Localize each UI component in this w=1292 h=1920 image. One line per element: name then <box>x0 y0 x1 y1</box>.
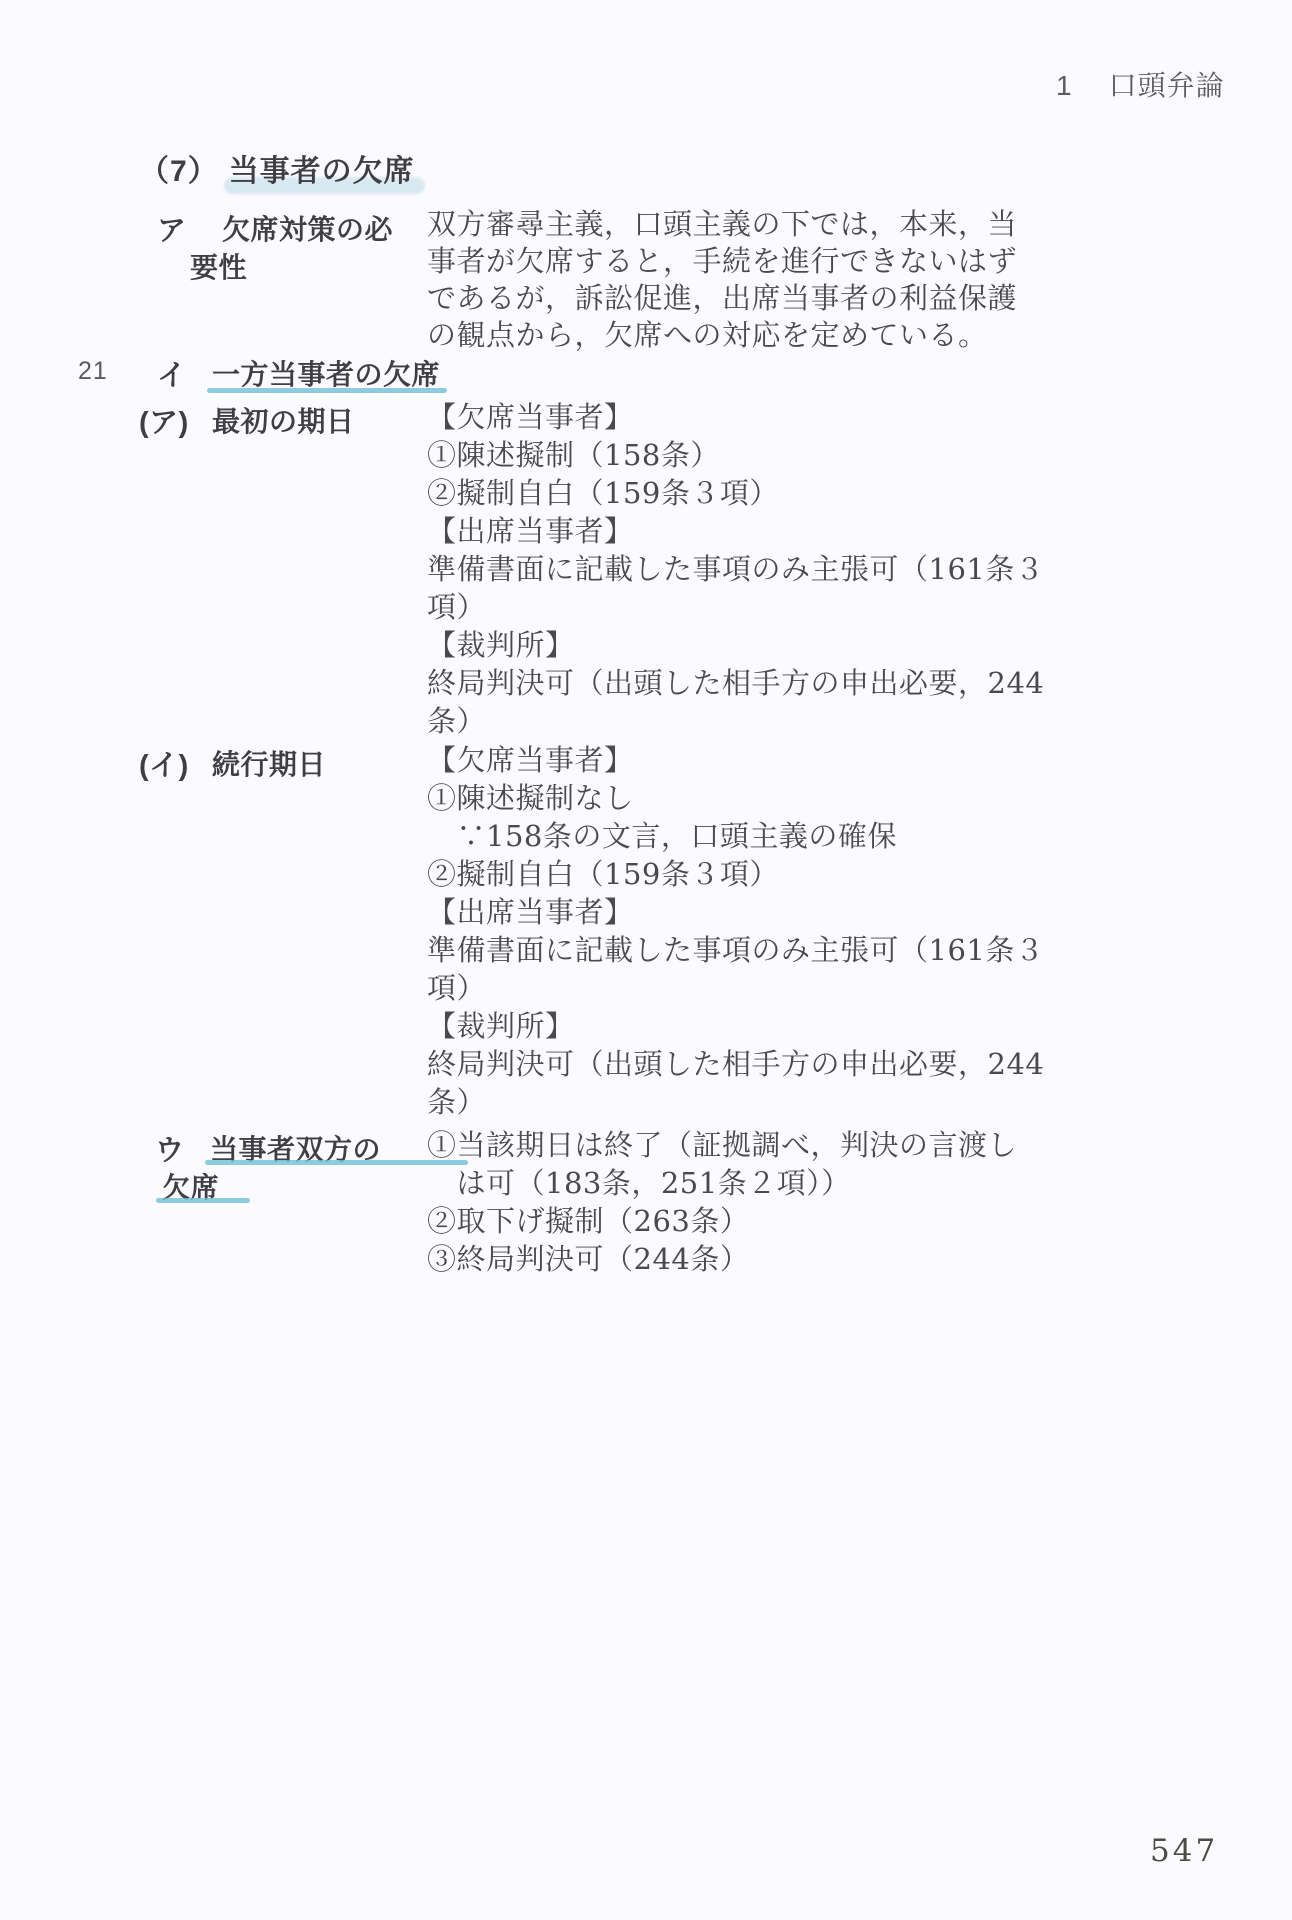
subsubitem-a-marker: (ア) <box>139 400 189 441</box>
body-line: 【出席当事者】 <box>427 893 1044 931</box>
body-line: ②擬制自白（159条３項） <box>427 855 1044 893</box>
section-7-number: （7） <box>139 146 219 190</box>
body-line: ①陳述擬制（158条） <box>427 436 1044 474</box>
chapter-number: 1 <box>1056 70 1073 102</box>
section-7-heading: （7） 当事者の欠席 <box>139 146 415 190</box>
body-line: 【欠席当事者】 <box>427 398 1044 436</box>
subsubitem-i-body: 【欠席当事者】①陳述擬制なし ∵158条の文言，口頭主義の確保②擬制自白（159… <box>427 741 1044 1121</box>
subitem-a-body: 双方審尋主義，口頭主義の下では，本来，当事者が欠席すると，手続を進行できないはず… <box>427 206 1017 354</box>
body-line: 項） <box>427 588 1044 626</box>
subitem-u-marker: ウ <box>155 1128 185 1169</box>
running-header: 1 口頭弁論 <box>1056 64 1225 104</box>
subitem-a-label-line1: 欠席対策の必 <box>222 208 393 248</box>
body-line: 準備書面に記載した事項のみ主張可（161条３ <box>427 931 1044 969</box>
body-line: 条） <box>427 1083 1044 1121</box>
body-line: 【裁判所】 <box>427 1007 1044 1045</box>
body-line: ②取下げ擬制（263条） <box>427 1202 1017 1240</box>
margin-paragraph-number: 21 <box>78 357 108 386</box>
chapter-title: 口頭弁論 <box>1109 64 1225 104</box>
subsubitem-a-label: 最初の期日 <box>212 400 355 440</box>
subitem-u-body: ①当該期日は終了（証拠調べ，判決の言渡し は可（183条，251条２項））②取下… <box>427 1126 1017 1278</box>
page-number: 547 <box>1150 1833 1218 1869</box>
body-line: 【欠席当事者】 <box>427 741 1044 779</box>
body-line: 終局判決可（出頭した相手方の申出必要，244 <box>427 664 1044 702</box>
subitem-i-label: 一方当事者の欠席 <box>212 353 440 393</box>
body-line: 【出席当事者】 <box>427 512 1044 550</box>
body-line: ②擬制自白（159条３項） <box>427 474 1044 512</box>
subitem-i-marker-underline <box>207 388 447 393</box>
body-line: 終局判決可（出頭した相手方の申出必要，244 <box>427 1045 1044 1083</box>
body-line: 項） <box>427 969 1044 1007</box>
body-line: ①当該期日は終了（証拠調べ，判決の言渡し <box>427 1126 1017 1164</box>
body-line: ∵158条の文言，口頭主義の確保 <box>427 817 1044 855</box>
textbook-page: 1 口頭弁論 （7） 当事者の欠席 ア 欠席対策の必 要性 双方審尋主義，口頭主… <box>0 0 1292 1920</box>
body-line: 事者が欠席すると，手続を進行できないはず <box>427 243 1017 280</box>
body-line: ③終局判決可（244条） <box>427 1240 1017 1278</box>
subsubitem-a-body: 【欠席当事者】①陳述擬制（158条）②擬制自白（159条３項）【出席当事者】準備… <box>427 398 1044 740</box>
subsubitem-i-label: 続行期日 <box>212 743 326 783</box>
body-line: 条） <box>427 702 1044 740</box>
body-line: であるが，訴訟促進，出席当事者の利益保護 <box>427 280 1017 317</box>
subitem-a-marker: ア <box>157 208 187 249</box>
subsubitem-i-marker: (イ) <box>139 743 189 784</box>
section-7-title: 当事者の欠席 <box>229 146 415 190</box>
body-line: の観点から，欠席への対応を定めている。 <box>427 317 1017 354</box>
body-line: 準備書面に記載した事項のみ主張可（161条３ <box>427 550 1044 588</box>
body-line: 【裁判所】 <box>427 626 1044 664</box>
subitem-u-label-underline-2 <box>156 1198 250 1203</box>
subitem-a-label-line2: 要性 <box>190 246 247 286</box>
body-line: ①陳述擬制なし <box>427 779 1044 817</box>
body-line: 双方審尋主義，口頭主義の下では，本来，当 <box>427 206 1017 243</box>
body-line: は可（183条，251条２項）） <box>427 1164 1017 1202</box>
subitem-i-marker: イ <box>157 353 187 394</box>
